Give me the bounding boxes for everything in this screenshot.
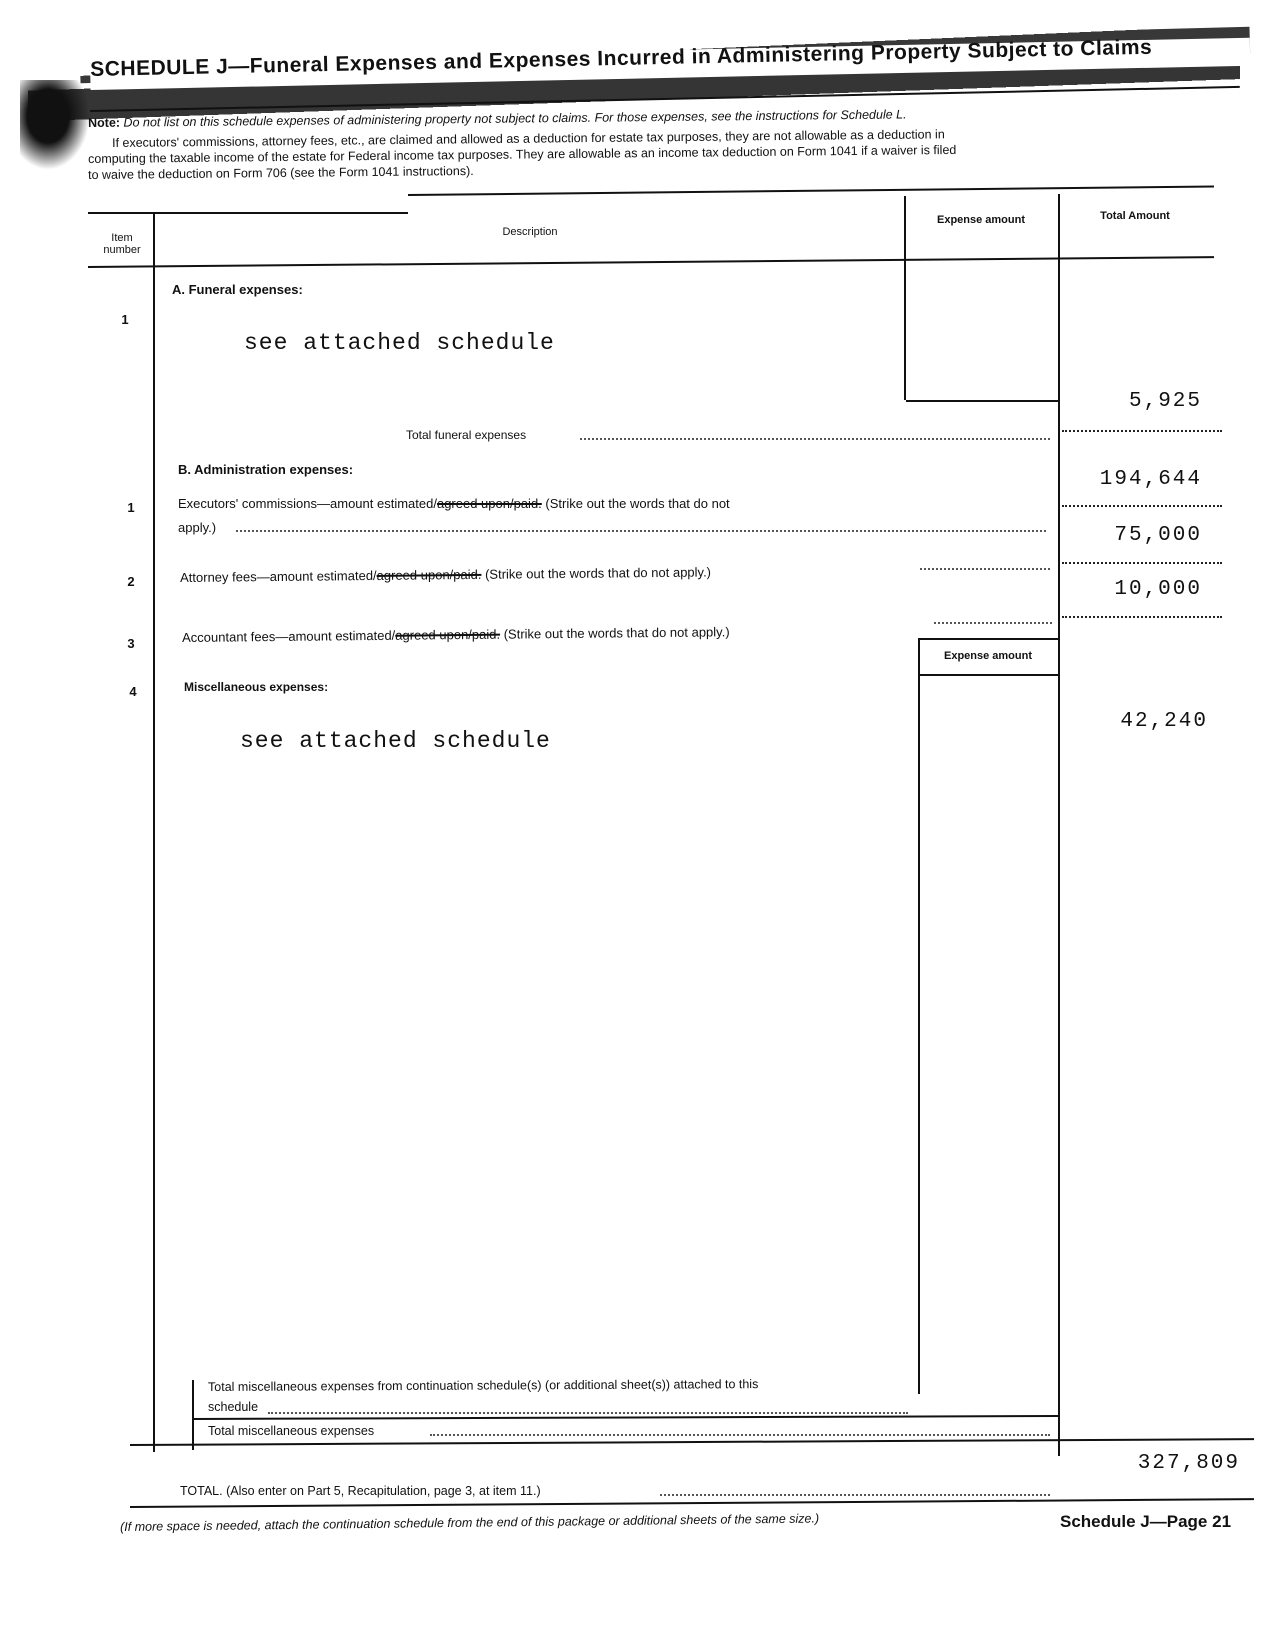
misc-entry: see attached schedule — [240, 728, 551, 754]
page-label: Schedule J—Page 21 — [1060, 1512, 1231, 1532]
misc-value: 42,240 — [1078, 710, 1208, 733]
misc-total-leader — [430, 1434, 1050, 1436]
section-b-label: B. Administration expenses: — [178, 462, 353, 477]
admin-item-1-desc-line2: apply.) — [178, 520, 216, 535]
item-col-divider — [153, 212, 155, 1452]
admin-item-1-number: 1 — [116, 500, 146, 515]
admin-item-2-rule — [1062, 562, 1222, 564]
section-a-label: A. Funeral expenses: — [172, 282, 303, 297]
funeral-total-label: Total funeral expenses — [406, 428, 526, 442]
admin-item-3-desc: Accountant fees—amount estimated/agreed … — [182, 624, 730, 645]
misc-total-label: Total miscellaneous expenses — [208, 1424, 374, 1438]
admin-item-3-number: 3 — [116, 636, 146, 651]
admin-item-2-value: 75,000 — [1072, 524, 1202, 547]
expense-col-left — [904, 196, 906, 400]
admin-item-3-rule — [1062, 616, 1222, 618]
instructions-line-3: to waive the deduction on Form 706 (see … — [88, 164, 474, 182]
continuation-label-1: Total miscellaneous expenses from contin… — [208, 1377, 758, 1394]
misc-expense-header-bottom — [918, 674, 1058, 676]
grand-total-rule — [130, 1498, 1254, 1508]
header-total-amount: Total Amount — [1060, 210, 1210, 222]
admin-item-1-value: 194,644 — [1072, 468, 1202, 491]
continuation-rule — [192, 1415, 1058, 1420]
admin-item-2-number: 2 — [116, 574, 146, 589]
funeral-total-leader — [580, 438, 1050, 440]
admin-item-3-value: 10,000 — [1072, 578, 1202, 601]
funeral-total-rule — [1062, 430, 1222, 432]
misc-item-number: 4 — [118, 684, 148, 699]
header-expense-amount: Expense amount — [906, 214, 1056, 226]
admin-item-3-leader — [934, 622, 1052, 624]
funeral-expense-box-bottom — [906, 400, 1058, 402]
header-item-number: Item number — [92, 232, 152, 256]
misc-subtotal-left — [192, 1380, 194, 1450]
misc-expense-col-left — [918, 638, 920, 1394]
admin-item-1-desc: Executors' commissions—amount estimated/… — [178, 496, 730, 511]
admin-item-1-rule — [1062, 505, 1222, 507]
continuation-leader — [268, 1412, 908, 1414]
header-top-rule-left — [88, 212, 408, 214]
grand-total-value: 327,809 — [1090, 1452, 1240, 1475]
continuation-label-2: schedule — [208, 1400, 258, 1414]
footer-note: (If more space is needed, attach the con… — [120, 1511, 819, 1534]
misc-label: Miscellaneous expenses: — [184, 680, 328, 694]
misc-total-rule — [130, 1438, 1254, 1446]
misc-expense-header-top — [918, 638, 1058, 640]
total-col-divider — [1058, 194, 1060, 1456]
admin-item-1-leader — [236, 530, 1046, 532]
header-top-rule-right — [408, 186, 1214, 196]
funeral-total-value: 5,925 — [1072, 390, 1202, 413]
header-description: Description — [420, 226, 640, 238]
admin-item-2-desc: Attorney fees—amount estimated/agreed up… — [180, 564, 711, 585]
misc-expense-header: Expense amount — [918, 650, 1058, 662]
funeral-entry: see attached schedule — [244, 330, 555, 356]
grand-total-leader — [660, 1494, 1050, 1496]
note-label: Note: — [88, 116, 120, 130]
header-bottom-rule — [88, 256, 1214, 268]
grand-total-label: TOTAL. (Also enter on Part 5, Recapitula… — [180, 1484, 541, 1498]
admin-item-2-leader — [920, 568, 1050, 570]
funeral-item-number: 1 — [110, 312, 140, 327]
